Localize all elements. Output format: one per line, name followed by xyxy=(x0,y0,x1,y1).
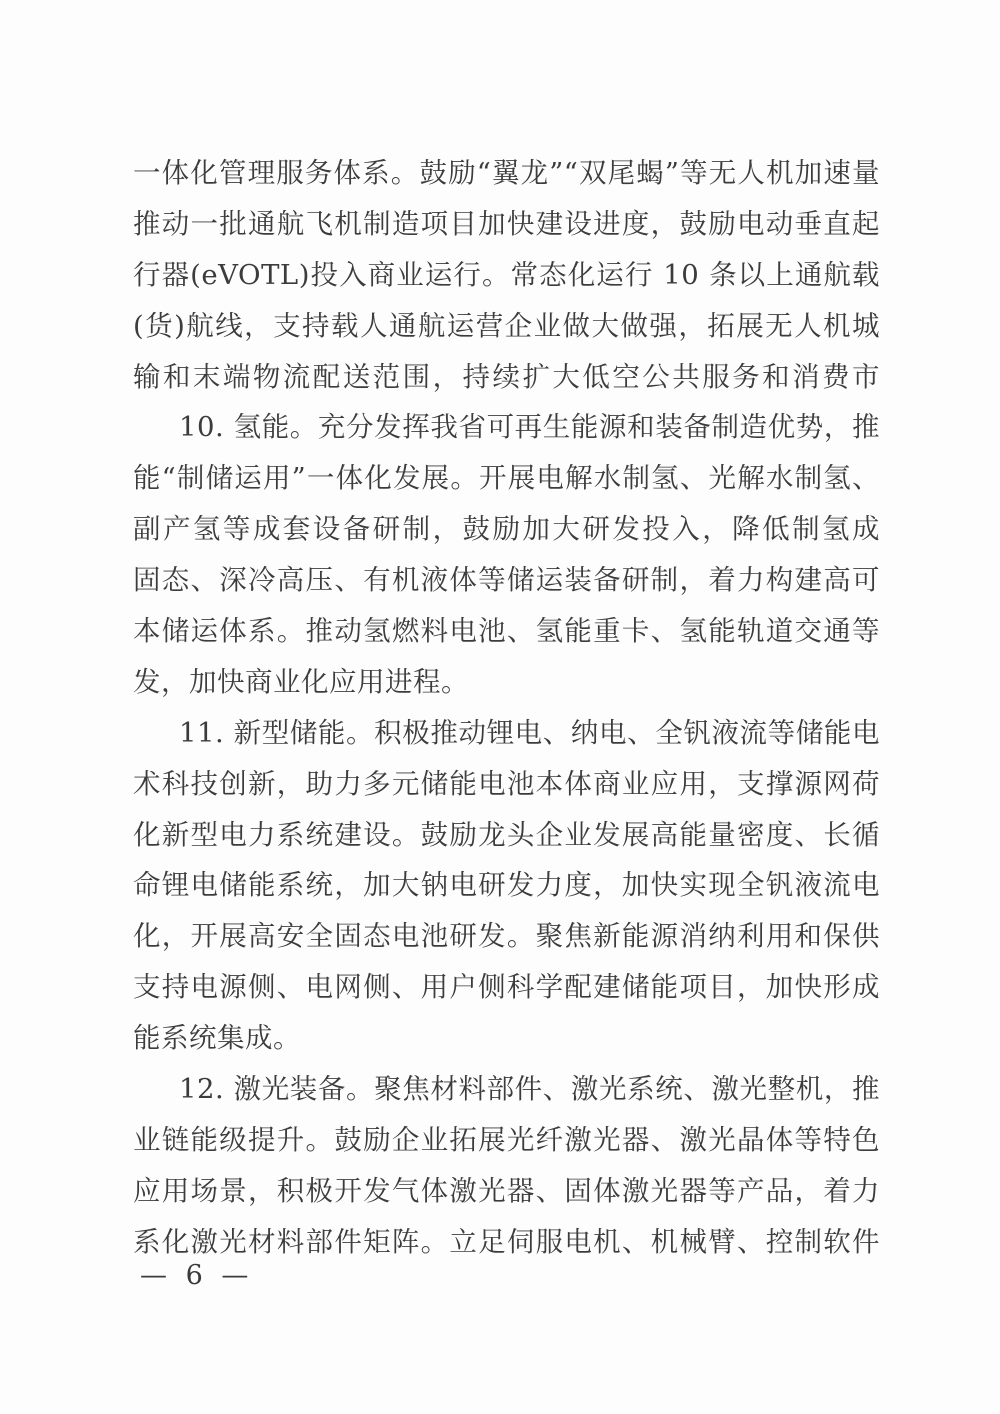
text-line-item-10: 10. 氢能。充分发挥我省可再生能源和装备制造优势，推动氢 xyxy=(133,402,880,453)
text-line: 固态、深冷高压、有机液体等储运装备研制，着力构建高可靠、低成 xyxy=(133,555,880,606)
text-line: 输和末端物流配送范围，持续扩大低空公共服务和消费市场。 xyxy=(133,352,880,403)
text-line: 应用场景，积极开发气体激光器、固体激光器等产品，着力构建体 xyxy=(133,1166,880,1217)
text-line: 支持电源侧、电网侧、用户侧科学配建储能项目，加快形成可靠储 xyxy=(133,962,880,1013)
text-line: 能系统集成。 xyxy=(133,1013,880,1064)
text-line: 本储运体系。推动氢燃料电池、氢能重卡、氢能轨道交通等产品研 xyxy=(133,606,880,657)
text-line: 发，加快商业化应用进程。 xyxy=(133,657,880,708)
text-line: (货)航线，支持载人通航运营企业做大做强，拓展无人机城际运 xyxy=(133,301,880,352)
text-line: 化新型电力系统建设。鼓励龙头企业发展高能量密度、长循环寿 xyxy=(133,810,880,861)
text-line: 业链能级提升。鼓励企业拓展光纤激光器、激光晶体等特色产品 xyxy=(133,1115,880,1166)
text-line: 能“制储运用”一体化发展。开展电解水制氢、光解水制氢、工业 xyxy=(133,453,880,504)
text-line-item-11: 11. 新型储能。积极推动锂电、纳电、全钒液流等储能电池技 xyxy=(133,708,880,759)
text-line: 化，开展高安全固态电池研发。聚焦新能源消纳利用和保供需求， xyxy=(133,911,880,962)
document-page: 一体化管理服务体系。鼓励“翼龙”“双尾蝎”等无人机加速量产， 推动一批通航飞机制… xyxy=(0,0,1000,1414)
document-body: 一体化管理服务体系。鼓励“翼龙”“双尾蝎”等无人机加速量产， 推动一批通航飞机制… xyxy=(133,148,880,1268)
text-line: 推动一批通航飞机制造项目加快建设进度，鼓励电动垂直起降飞 xyxy=(133,199,880,250)
text-line: 行器(eVOTL)投入商业运行。常态化运行 10 条以上通航载客 xyxy=(133,250,880,301)
text-line: 术科技创新，助力多元储能电池本体商业应用，支撑源网荷储一体 xyxy=(133,759,880,810)
page-number: — 6 — xyxy=(140,1256,250,1296)
text-line-item-12: 12. 激光装备。聚焦材料部件、激光系统、激光整机，推动全产 xyxy=(133,1064,880,1115)
text-line: 副产氢等成套设备研制，鼓励加大研发投入，降低制氢成本。开展 xyxy=(133,504,880,555)
text-line: 命锂电储能系统，加大钠电研发力度，加快实现全钒液流电池产业 xyxy=(133,860,880,911)
text-line: 一体化管理服务体系。鼓励“翼龙”“双尾蝎”等无人机加速量产， xyxy=(133,148,880,199)
